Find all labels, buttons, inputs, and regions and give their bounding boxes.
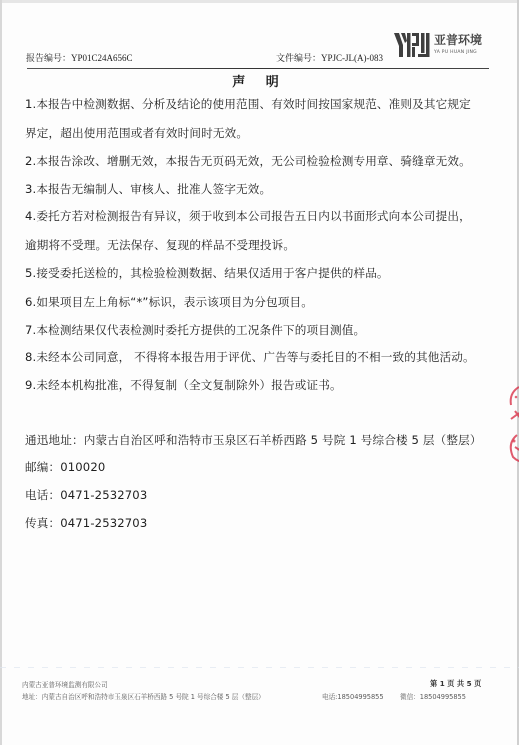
footer-wechat: 微信：18504995855 [400,691,466,701]
page-title: 声 明 [0,71,519,90]
statement-line: 界定，超出使用范围或者有效时间时无效。 [25,125,248,141]
footer-address: 地址：内蒙古自治区呼和浩特市玉泉区石羊桥西路 5 号院 1 号综合楼 5 层（整… [22,691,265,701]
page-edge-left [0,0,2,745]
contact-phone: 电话：0471-2532703 [25,487,147,503]
logo-english-name: YA PU HUAN JING [434,50,477,55]
statement-line: 6.如果项目左上角标“*”标识，表示该项目为分包项目。 [25,294,313,310]
footer-divider [0,667,519,668]
file-number: 文件编号：YPJC-JL(A)-083 [276,51,383,64]
company-logo: 亚普环境 YA PU HUAN JING [394,30,504,60]
report-number: 报告编号：YP01C24A656C [26,51,133,64]
statement-line: 逾期将不受理。无法保存、复现的样品不受理投诉。 [25,237,295,253]
contact-address: 通迅地址：内蒙古自治区呼和浩特市玉泉区石羊桥西路 5 号院 1 号综合楼 5 层… [25,432,482,448]
statement-line: 3.本报告无编制人、审核人、批准人签字无效。 [25,181,271,197]
header-divider [27,68,489,69]
ypj-logo-icon [394,33,430,57]
statement-line: 4.委托方若对检测报告有异议，须于收到本公司报告五日内以书面形式向本公司提出， [25,208,471,224]
seal-stamp-icon [505,385,519,465]
contact-fax: 传真：0471-2532703 [25,515,147,531]
page-edge [0,0,519,3]
statement-line: 1.本报告中检测数据、分析及结论的使用范围、有效时间按国家规范、准则及其它规定 [25,96,471,112]
statement-line: 9.未经本机构批准，不得复制（全文复制除外）报告或证书。 [25,377,342,393]
logo-chinese-name: 亚普环境 [434,31,482,48]
statement-line: 5.接受委托送检的，其检验检测数据、结果仅适用于客户提供的样品。 [25,265,389,281]
footer-phone: 电话:18504995855 [322,691,384,701]
page-number: 第 1 页 共 5 页 [430,679,481,689]
statement-line: 7.本检测结果仅代表检测时委托方提供的工况条件下的项目测值。 [25,322,365,338]
statement-line: 2.本报告涂改、增删无效，本报告无页码无效，无公司检验检测专用章、骑缝章无效。 [25,153,471,169]
contact-postcode: 邮编：010020 [25,459,105,475]
footer-company-name: 内蒙古亚普环境监测有限公司 [22,679,108,689]
statement-line: 8.未经本公司同意， 不得将本报告用于评优、广告等与委托目的不相一致的其他活动。 [25,349,475,365]
